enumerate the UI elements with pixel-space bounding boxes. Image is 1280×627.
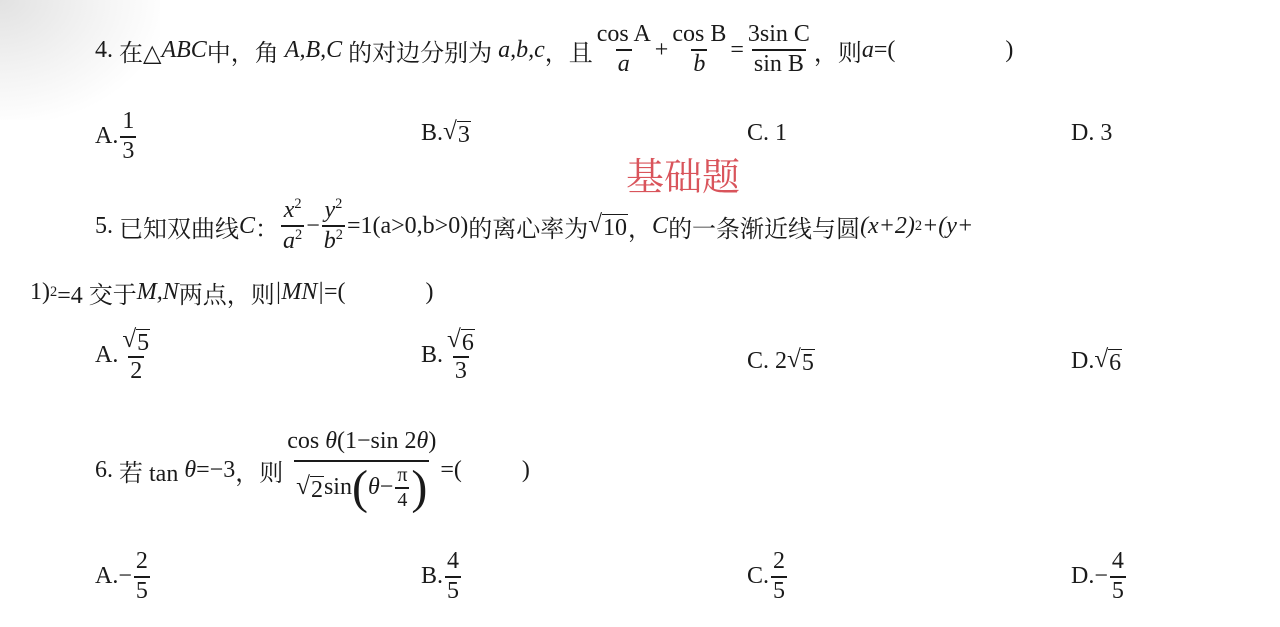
option-label: A. [95,563,118,590]
sqrt-icon: √5 [787,346,815,376]
option-label: A. [95,342,118,369]
q6-text: 若 tan [119,453,178,488]
q4-text: ，且 [545,33,593,68]
sqrt-icon: √10 [588,211,628,241]
q5-circle: 1) [30,279,50,306]
q5-text: 两点，则 [179,275,275,310]
option-label: C. [747,348,769,375]
q4-fraction-3: 3sin C sin B [746,21,812,78]
sqrt-icon: √6 [447,326,475,356]
q6-option-b[interactable]: B. 4 5 [421,548,463,605]
q6-option-a[interactable]: A.− 2 5 [95,548,152,605]
q4-answer-blank: =( [874,37,896,64]
question-5-stem: 5. 已知双曲线 C ： x2 a2 − y2 b2 =1(a>0,b>0) 的… [95,188,973,264]
q4-text: ，则 [814,33,862,68]
q5-abs-expr: |MN| [275,279,324,306]
option-fraction: 1 3 [120,108,136,165]
q5-option-b[interactable]: B. √6 3 [421,326,479,386]
q5-option-a[interactable]: A. √5 2 [95,326,154,386]
close-paren: ) [1005,37,1013,64]
q6-condition: =−3 [196,457,235,484]
q4-option-c[interactable]: C. 1 [747,120,787,147]
q5-circle: +(y+ [922,213,973,240]
equals-sign: = [730,37,744,64]
q5-text: 的离心率为 [468,209,588,244]
q4-number: 4. [95,37,113,64]
option-fraction: 2 5 [771,548,787,605]
sqrt-icon: √6 [1094,346,1122,376]
q4-text: 中，角 [207,33,279,68]
minus-sign: − [306,213,320,240]
sqrt-icon: √5 [122,326,150,356]
q5-fraction-1: x2 a2 [281,196,304,255]
option-value: 1 [775,120,787,147]
q4-text: 在△ [119,33,161,68]
option-fraction: 4 5 [445,548,461,605]
q4-sides: a,b,c [498,37,545,64]
q5-text: 已知双曲线 [119,209,239,244]
sqrt-icon: √3 [443,118,471,148]
q5-option-c[interactable]: C. 2√5 [747,346,815,376]
q5-text: =4 交于 [57,275,137,310]
option-fraction: 2 5 [134,548,150,605]
q5-circle: (x+2) [860,213,915,240]
option-fraction: √5 2 [120,326,152,386]
q6-option-d[interactable]: D.− 4 5 [1071,548,1128,605]
question-6-stem: 6. 若 tan θ =−3 ，则 cos θ(1−sin 2θ) √2 sin… [95,420,530,520]
option-coefficient: 2 [775,348,787,375]
option-label: D. [1071,563,1094,590]
q5-text: 的一条渐近线与圆 [668,209,860,244]
q4-target: a [862,37,874,64]
q4-fraction-2: cos B b [670,21,728,78]
q5-condition: =1(a>0,b>0) [347,213,468,240]
close-paren: ) [522,457,530,484]
q4-option-d[interactable]: D. 3 [1071,120,1112,147]
q6-number: 6. [95,457,113,484]
q6-fraction: cos θ(1−sin 2θ) √2 sin ( θ − π 4 ) [285,428,438,512]
plus-sign: + [655,37,669,64]
q6-answer-blank: =( [440,457,462,484]
option-label: C. [747,563,769,590]
option-label: B. [421,563,443,590]
option-label: B. [421,342,443,369]
option-label: D. [1071,348,1094,375]
q5-text: ， [628,209,652,244]
question-5-stem-continued: 1)2 =4 交于 M,N 两点，则 |MN| =( ) [30,272,433,312]
option-label: C. [747,120,769,147]
q5-points: M,N [137,279,179,306]
q5-curve: C [652,213,668,240]
option-sign: − [1094,563,1108,590]
q5-option-d[interactable]: D.√6 [1071,346,1122,376]
close-paren: ) [425,279,433,306]
option-sign: − [118,563,132,590]
q5-curve: C [239,213,255,240]
q4-text: 的对边分别为 [348,33,492,68]
colon: ： [255,209,279,244]
q6-option-c[interactable]: C. 2 5 [747,548,789,605]
q4-triangle: ABC [161,37,206,64]
q4-fraction-1: cos A a [595,21,653,78]
q4-option-b[interactable]: B. √3 [421,118,471,148]
sqrt-icon: √2 [296,473,324,503]
q5-number: 5. [95,213,113,240]
question-4-stem: 4. 在△ABC 中，角 A,B,C 的对边分别为 a,b,c ，且 cos A… [95,10,1013,90]
option-label: A. [95,123,118,150]
option-fraction: 4 5 [1110,548,1126,605]
q6-text: ，则 [235,453,283,488]
option-label: B. [421,120,443,147]
option-label: D. [1071,120,1094,147]
q5-answer-blank: =( [324,279,346,306]
q6-theta: θ [184,457,196,484]
q4-option-a[interactable]: A. 1 3 [95,108,138,165]
q4-angles: A,B,C [285,37,342,64]
q5-fraction-2: y2 b2 [322,196,345,255]
option-value: 3 [1100,120,1112,147]
option-fraction: √6 3 [445,326,477,386]
